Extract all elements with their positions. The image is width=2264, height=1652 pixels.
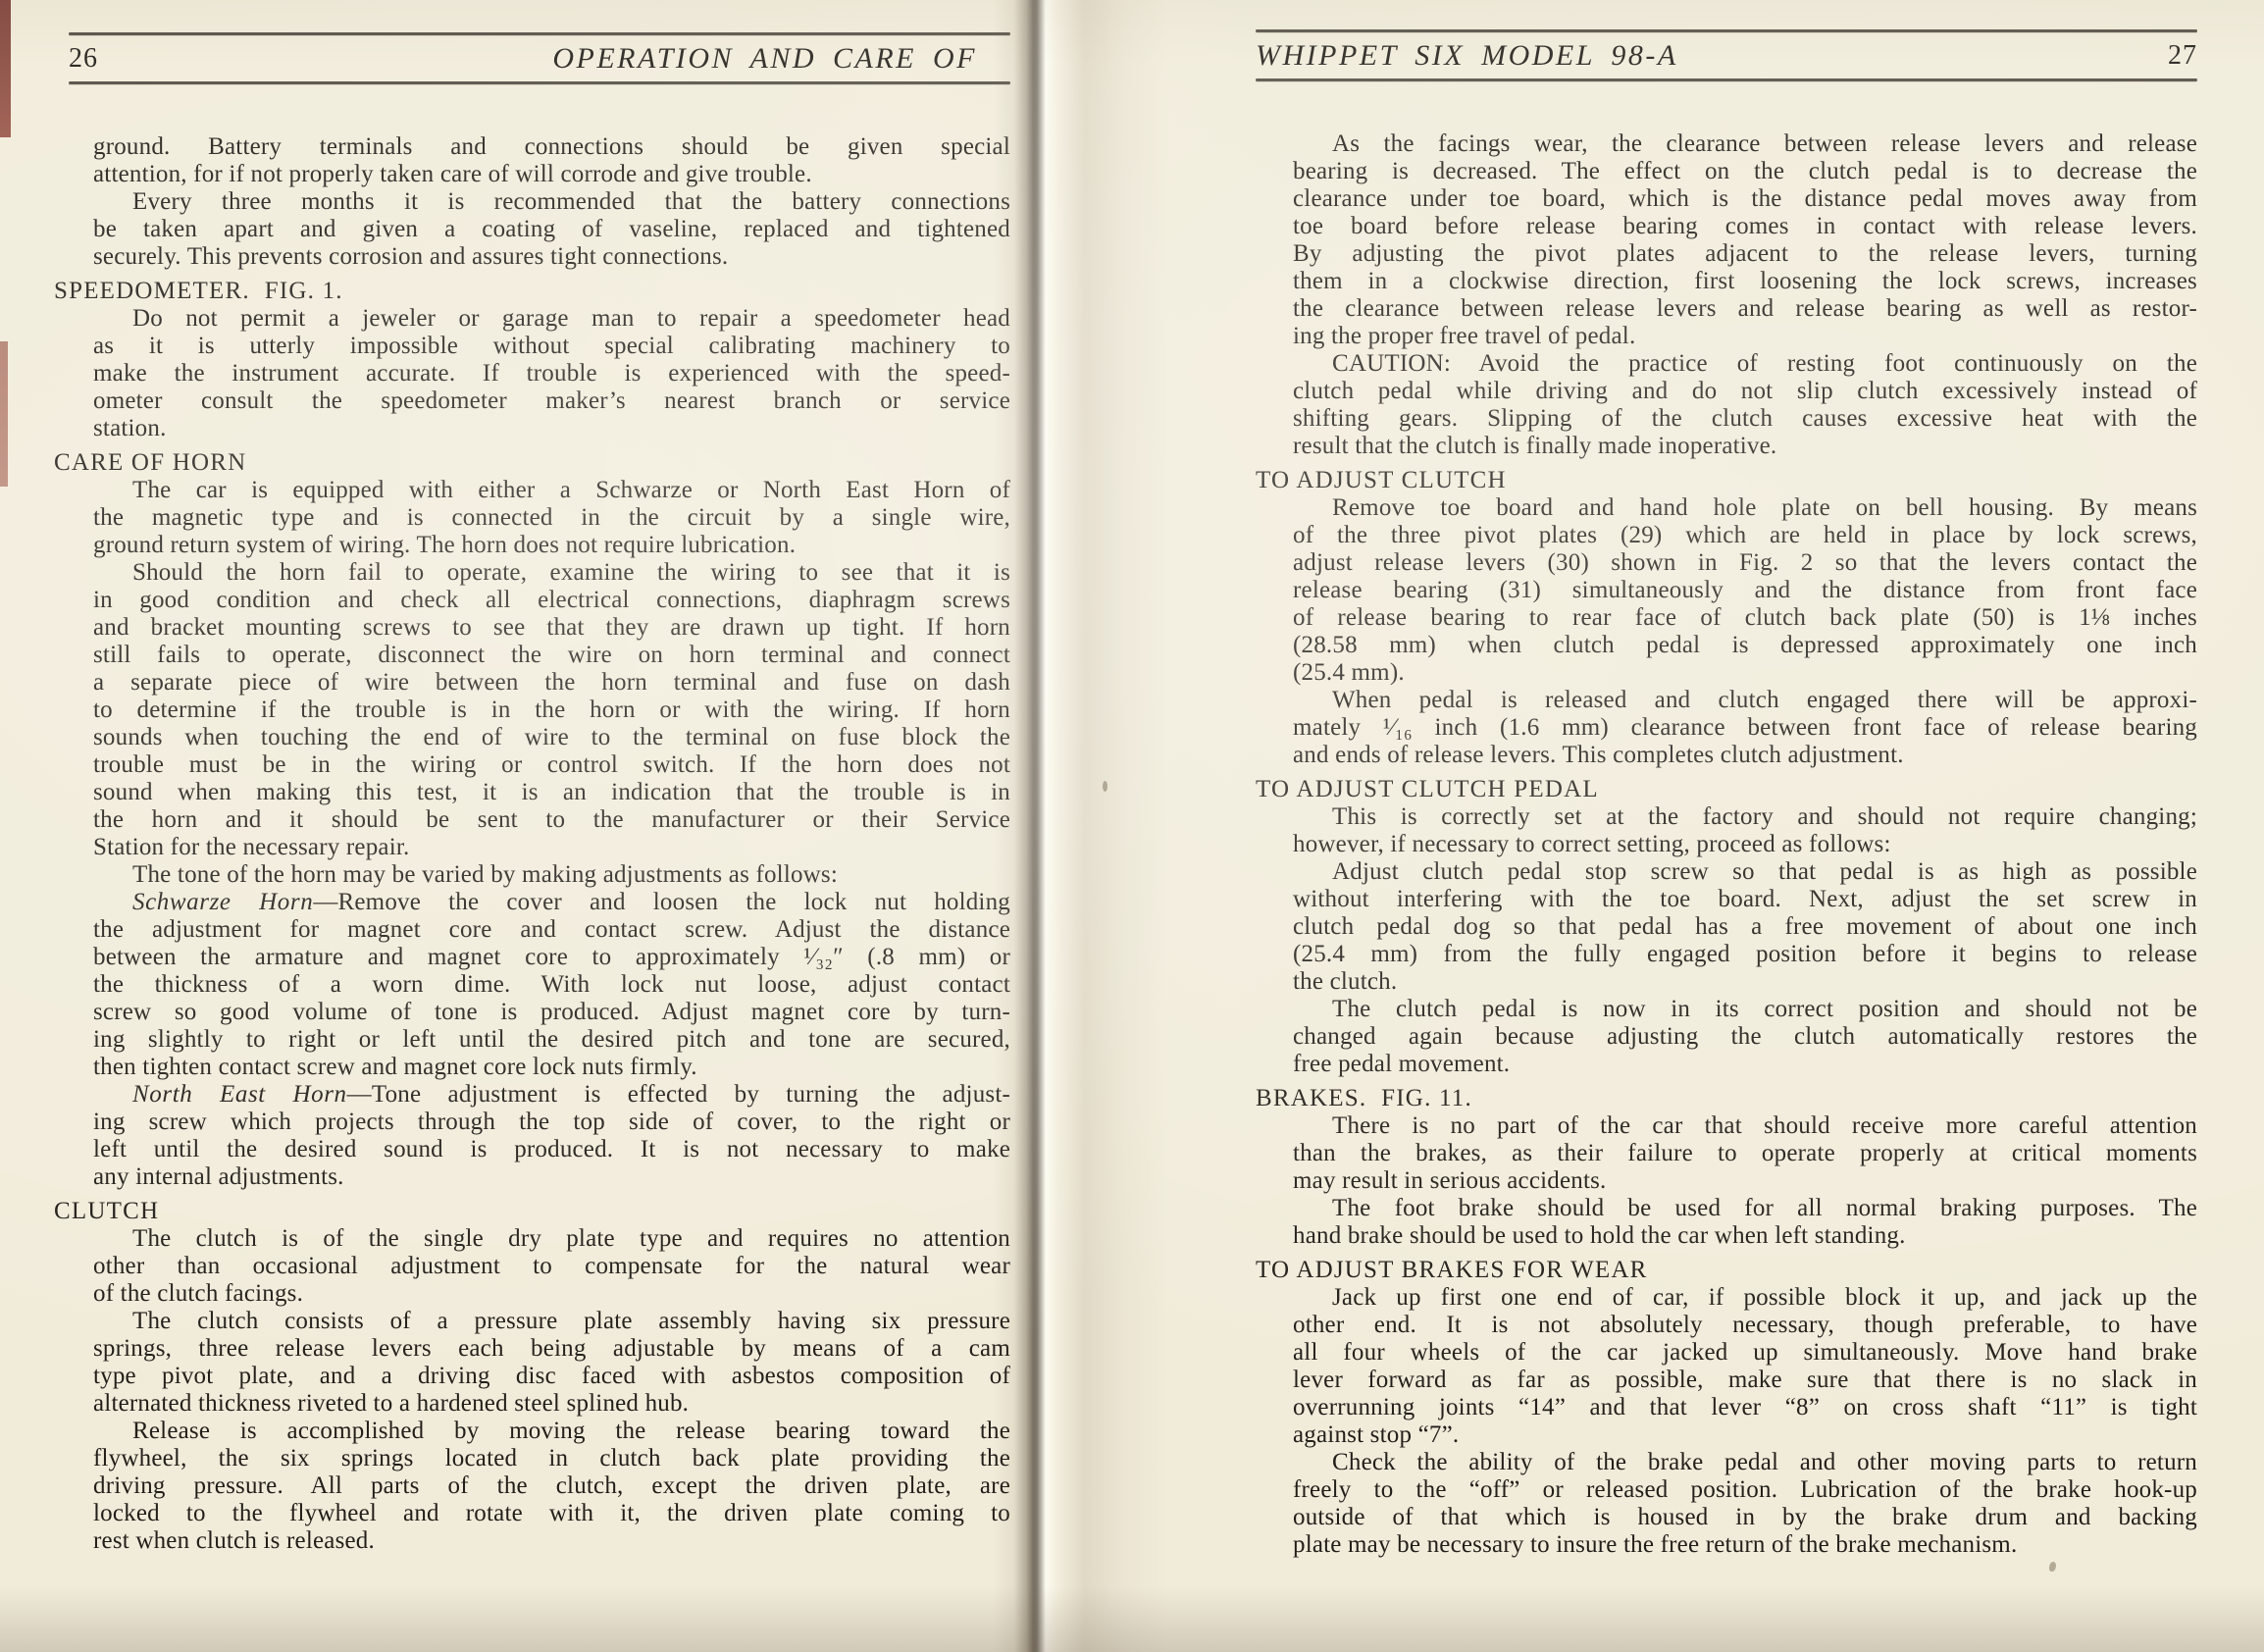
text-line: plate may be necessary to insure the fre… [1293,1531,2197,1559]
page-26-header: 26 OPERATION AND CARE OF [54,0,1010,84]
text-line: This is correctly set at the factory and… [1293,803,2197,831]
text-line: between the armature and magnet core to … [93,944,1010,971]
text-line: release bearing (31) simultaneously and … [1293,577,2197,604]
text-line: left until the desired sound is produced… [93,1136,1010,1163]
text-line: The car is equipped with either a Schwar… [93,477,1010,504]
text-line: bearing is decreased. The effect on the … [1293,158,2197,185]
running-title: OPERATION AND CARE OF [552,42,977,76]
text-line: driving pressure. All parts of the clutc… [93,1472,1010,1500]
text-line: may result in serious accidents. [1293,1167,2197,1195]
page-27-header: WHIPPET SIX MODEL 98-A 27 [1256,0,2197,81]
text-line: the magnetic type and is connected in th… [93,504,1010,532]
text-line: the thickness of a worn dime. With lock … [93,971,1010,999]
section-heading: BRAKES. FIG. 11. [1256,1085,2197,1112]
text-line: other than occasional adjustment to comp… [93,1253,1010,1280]
text-line: the horn and it should be sent to the ma… [93,806,1010,834]
text-line: a separate piece of wire between the hor… [93,669,1010,697]
text-line: result that the clutch is finally made i… [1293,433,2197,460]
section-heading: CARE OF HORN [54,449,1010,477]
text-line: and bracket mounting screws to see that … [93,614,1010,642]
text-line: still fails to operate, disconnect the w… [93,642,1010,669]
text-line: Every three months it is recommended tha… [93,188,1010,216]
text-line: clutch pedal while driving and do not sl… [1293,378,2197,405]
text-line: mately ¹⁄₁₆ inch (1.6 mm) clearance betw… [1293,714,2197,742]
book-spread: 26 OPERATION AND CARE OF ground. Battery… [0,0,2264,1652]
text-line: The tone of the horn may be varied by ma… [93,861,1010,889]
text-line: outside of that which is housed in by th… [1293,1504,2197,1531]
text-line: other end. It is not absolutely necessar… [1293,1312,2197,1339]
text-line: ometer consult the speedometer maker’s n… [93,387,1010,415]
text-line: North East Horn—Tone adjustment is effec… [93,1081,1010,1109]
text-line: without interfering with the toe board. … [1293,886,2197,913]
text-line: ing screw which projects through the top… [93,1109,1010,1136]
text-line: Remove toe board and hand hole plate on … [1293,494,2197,522]
text-line: ground return system of wiring. The horn… [93,532,1010,559]
text-line: them in a clockwise direction, first loo… [1293,268,2197,295]
text-line: securely. This prevents corrosion and as… [93,243,1010,271]
text-line: as it is utterly impossible without spec… [93,333,1010,360]
text-line: sounds when touching the end of wire to … [93,724,1010,751]
text-line: trouble must be in the wiring or control… [93,751,1010,779]
text-line: clearance under toe board, which is the … [1293,185,2197,213]
header-rule-bottom [69,81,1010,84]
text-line: overrunning joints “14” and that lever “… [1293,1394,2197,1421]
text-line: lever forward as far as possible, make s… [1293,1367,2197,1394]
text-line: adjust release levers (30) shown in Fig.… [1293,549,2197,577]
text-line: By adjusting the pivot plates adjacent t… [1293,240,2197,268]
text-line: all four wheels of the car jacked up sim… [1293,1339,2197,1367]
section-heading: CLUTCH [54,1198,1010,1225]
text-line: There is no part of the car that should … [1293,1112,2197,1140]
text-line: in good condition and check all electric… [93,587,1010,614]
text-line: flywheel, the six springs located in clu… [93,1445,1010,1472]
text-line: CAUTION: Avoid the practice of resting f… [1293,350,2197,378]
text-line: type pivot plate, and a driving disc fac… [93,1363,1010,1390]
header-row: 26 OPERATION AND CARE OF [54,35,1010,81]
text-line: Do not permit a jeweler or garage man to… [93,305,1010,333]
text-line: Adjust clutch pedal stop screw so that p… [1293,858,2197,886]
text-line: of the three pivot plates (29) which are… [1293,522,2197,549]
text-line: than the brakes, as their failure to ope… [1293,1140,2197,1167]
text-line: ing the proper free travel of pedal. [1293,323,2197,350]
text-line: sound when making this test, it is an in… [93,779,1010,806]
text-line: be taken apart and given a coating of va… [93,216,1010,243]
scan-edge-mark [0,0,11,137]
text-line: freely to the “off” or released position… [1293,1476,2197,1504]
page-27: WHIPPET SIX MODEL 98-A 27 As the facings… [1256,0,2197,1559]
header-rule-bottom [1256,78,2197,81]
scan-edge-mark [0,341,8,487]
text-line: Should the horn fail to operate, examine… [93,559,1010,587]
page-body-left: ground. Battery terminals and connection… [54,133,1010,1555]
text-line: ground. Battery terminals and connection… [93,133,1010,161]
text-line: clutch pedal dog so that pedal has a fre… [1293,913,2197,941]
text-line: against stop “7”. [1293,1421,2197,1449]
text-line: of the clutch facings. [93,1280,1010,1308]
text-line: rest when clutch is released. [93,1527,1010,1555]
text-line: springs, three release levers each being… [93,1335,1010,1363]
text-line: of release bearing to rear face of clutc… [1293,604,2197,632]
text-line: alternated thickness riveted to a harden… [93,1390,1010,1418]
text-line: screw so good volume of tone is produced… [93,999,1010,1026]
running-title: WHIPPET SIX MODEL 98-A [1256,39,1678,73]
text-line: however, if necessary to correct setting… [1293,831,2197,858]
text-line: locked to the flywheel and rotate with i… [93,1500,1010,1527]
text-line: Jack up first one end of car, if possibl… [1293,1284,2197,1312]
text-line: changed again because adjusting the clut… [1293,1023,2197,1051]
text-line: free pedal movement. [1293,1051,2197,1078]
text-line: attention, for if not properly taken car… [93,161,1010,188]
page-number: 27 [2168,40,2197,72]
text-line: the clutch. [1293,968,2197,996]
text-line: to determine if the trouble is in the ho… [93,697,1010,724]
text-line: then tighten contact screw and magnet co… [93,1054,1010,1081]
section-heading: TO ADJUST BRAKES FOR WEAR [1256,1257,2197,1284]
page-26: 26 OPERATION AND CARE OF ground. Battery… [54,0,1010,1555]
text-line: hand brake should be used to hold the ca… [1293,1222,2197,1250]
section-heading: TO ADJUST CLUTCH PEDAL [1256,776,2197,803]
text-line: (28.58 mm) when clutch pedal is depresse… [1293,632,2197,659]
text-line: Schwarze Horn—Remove the cover and loose… [93,889,1010,916]
text-line: When pedal is released and clutch engage… [1293,687,2197,714]
text-line: The clutch pedal is now in its correct p… [1293,996,2197,1023]
text-line: toe board before release bearing comes i… [1293,213,2197,240]
scan-speck [1103,781,1107,792]
text-line: (25.4 mm) from the fully engaged positio… [1293,941,2197,968]
text-line: shifting gears. Slipping of the clutch c… [1293,405,2197,433]
text-line: the adjustment for magnet core and conta… [93,916,1010,944]
header-row: WHIPPET SIX MODEL 98-A 27 [1256,32,2197,78]
text-line: Check the ability of the brake pedal and… [1293,1449,2197,1476]
text-line: the clearance between release levers and… [1293,295,2197,323]
book-gutter-shadow [993,0,1169,1652]
text-line: As the facings wear, the clearance betwe… [1293,130,2197,158]
page-body-right: As the facings wear, the clearance betwe… [1256,130,2197,1559]
text-line: The foot brake should be used for all no… [1293,1195,2197,1222]
text-line: The clutch consists of a pressure plate … [93,1308,1010,1335]
text-line: (25.4 mm). [1293,659,2197,687]
text-line: any internal adjustments. [93,1163,1010,1191]
text-line: Release is accomplished by moving the re… [93,1418,1010,1445]
scan-speck [2049,1562,2056,1572]
text-line: station. [93,415,1010,442]
section-heading: SPEEDOMETER. FIG. 1. [54,278,1010,305]
page-number: 26 [69,43,98,75]
text-line: The clutch is of the single dry plate ty… [93,1225,1010,1253]
text-line: ing slightly to right or left until the … [93,1026,1010,1054]
text-line: make the instrument accurate. If trouble… [93,360,1010,387]
text-line: Station for the necessary repair. [93,834,1010,861]
text-line: and ends of release levers. This complet… [1293,742,2197,769]
section-heading: TO ADJUST CLUTCH [1256,467,2197,494]
